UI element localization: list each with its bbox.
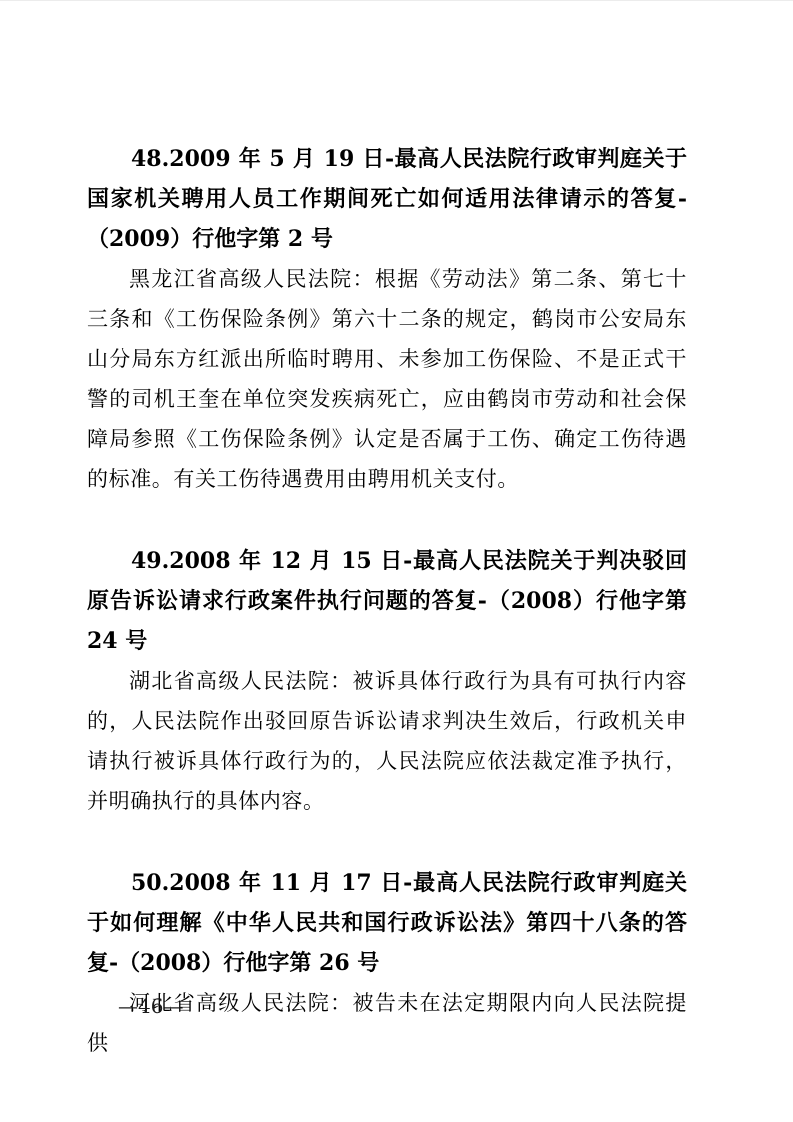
entry-48: 48.2009 年 5 月 19 日-最高人民法院行政审判庭关于国家机关聘用人员… — [87, 139, 687, 499]
document-page: 48.2009 年 5 月 19 日-最高人民法院行政审判庭关于国家机关聘用人员… — [0, 0, 793, 1122]
entry-49-body: 湖北省高级人民法院：被诉具体行政行为具有可执行内容的，人民法院作出驳回原告诉讼请… — [87, 661, 687, 821]
entry-49-heading: 49.2008 年 12 月 15 日-最高人民法院关于判决驳回原告诉讼请求行政… — [87, 541, 687, 661]
entry-48-body: 黑龙江省高级人民法院：根据《劳动法》第二条、第七十三条和《工伤保险条例》第六十二… — [87, 259, 687, 499]
entry-50-heading: 50.2008 年 11 月 17 日-最高人民法院行政审判庭关于如何理解《中华… — [87, 863, 687, 983]
document-content: 48.2009 年 5 月 19 日-最高人民法院行政审判庭关于国家机关聘用人员… — [87, 1, 687, 1063]
entry-50: 50.2008 年 11 月 17 日-最高人民法院行政审判庭关于如何理解《中华… — [87, 863, 687, 1063]
page-number: —46— — [118, 993, 183, 1019]
entry-48-heading: 48.2009 年 5 月 19 日-最高人民法院行政审判庭关于国家机关聘用人员… — [87, 139, 687, 259]
entry-49: 49.2008 年 12 月 15 日-最高人民法院关于判决驳回原告诉讼请求行政… — [87, 541, 687, 821]
